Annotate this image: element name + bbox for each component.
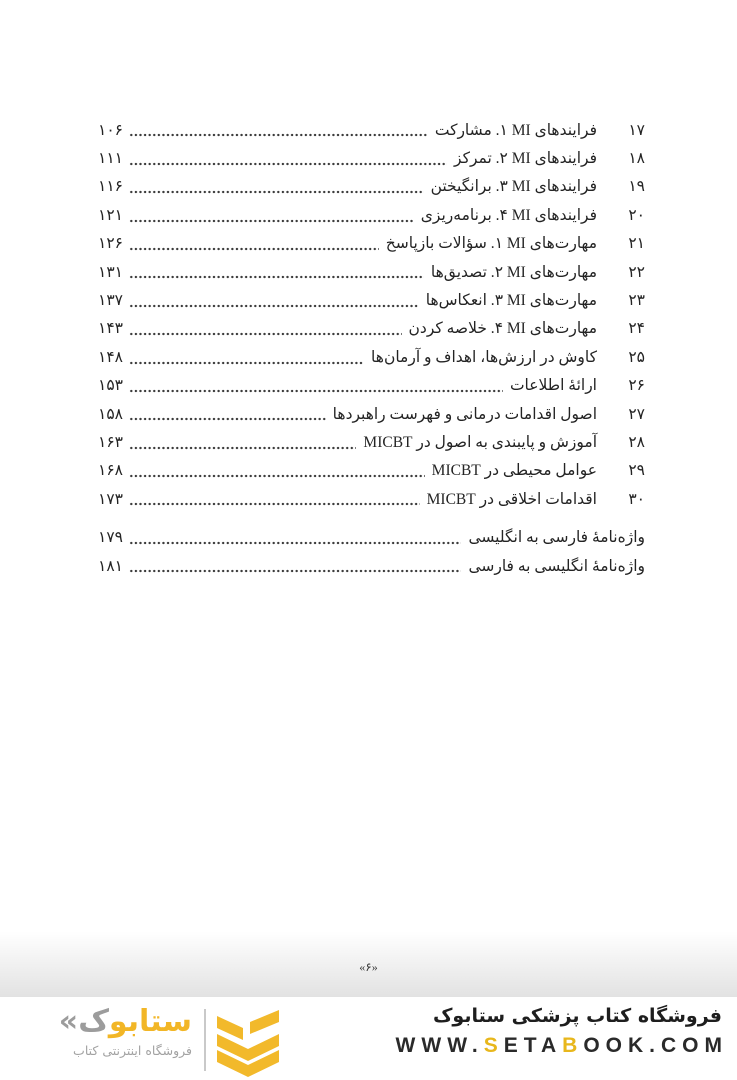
chapter-page-number: ۱۶۳ (98, 433, 126, 452)
glossary-title: واژه‌نامهٔ فارسی به انگلیسی (464, 528, 645, 547)
chapter-title: فرایندهای MI‏ ۴. برنامه‌ریزی (417, 206, 597, 225)
dotted-leader (129, 162, 447, 166)
toc-row: ۲۷اصول اقدامات درمانی و فهرست راهبردها۱۵… (98, 400, 645, 428)
chapter-title: مهارت‌های MI‏ ۳. انعکاس‌ها (422, 291, 597, 310)
chapter-title: مهارت‌های MI‏ ۲. تصدیق‌ها (427, 263, 597, 282)
chapter-page-number: ۱۲۶ (98, 234, 126, 253)
chapter-title: مهارت‌های MI‏ ۱. سؤالات بازپاسخ (382, 234, 597, 253)
footer-site-info: فروشگاه کتاب پزشکی ستابوک WWW.SETABOOK.C… (396, 1004, 722, 1058)
dotted-leader (129, 569, 461, 573)
logo-tagline: فروشگاه اینترنتی کتاب (30, 1043, 192, 1058)
toc-row: ۲۴مهارت‌های MI‏ ۴. خلاصه کردن۱۴۳ (98, 315, 645, 343)
dotted-leader (129, 446, 356, 450)
dotted-leader (129, 361, 364, 365)
chapter-number: ۲۰ (597, 206, 645, 225)
logo-text-block: ستابوک« فروشگاه اینترنتی کتاب (30, 1005, 192, 1058)
glossary-page-number: ۱۸۱ (98, 557, 126, 576)
url-letter-group: B (562, 1034, 583, 1057)
toc-row: ۲۱مهارت‌های MI‏ ۱. سؤالات بازپاسخ۱۲۶ (98, 230, 645, 258)
chapter-title: عوامل محیطی در MICBT (428, 461, 597, 480)
dotted-leader (129, 133, 428, 137)
chapter-page-number: ۱۷۳ (98, 490, 126, 509)
store-name: فروشگاه کتاب پزشکی ستابوک (396, 1004, 722, 1030)
chapter-number: ۲۹ (597, 461, 645, 480)
url-letter-group: OOK.COM (583, 1034, 728, 1057)
glossary-row: واژه‌نامهٔ فارسی به انگلیسی۱۷۹ (98, 523, 645, 551)
toc-row: ۲۳مهارت‌های MI‏ ۳. انعکاس‌ها۱۳۷ (98, 286, 645, 314)
guillemet-mark: « (59, 1004, 78, 1039)
chapter-number: ۲۶ (597, 376, 645, 395)
toc-row: ۱۸فرایندهای MI‏ ۲. تمرکز۱۱۱ (98, 144, 645, 172)
chapter-title: اصول اقدامات درمانی و فهرست راهبردها (329, 405, 597, 424)
chapter-page-number: ۱۱۶ (98, 177, 126, 196)
toc-row: ۱۷فرایندهای MI‏ ۱. مشارکت۱۰۶ (98, 116, 645, 144)
chapter-page-number: ۱۶۸ (98, 461, 126, 480)
chapter-title: مهارت‌های MI‏ ۴. خلاصه کردن (405, 319, 597, 338)
website-url[interactable]: WWW.SETABOOK.COM (396, 1034, 728, 1058)
chapter-title: اقدامات اخلاقی در MICBT (423, 490, 597, 509)
chapter-number: ۳۰ (597, 490, 645, 509)
toc-chapter-rows: ۱۷فرایندهای MI‏ ۱. مشارکت۱۰۶۱۸فرایندهای … (98, 116, 645, 513)
chapter-number: ۱۹ (597, 177, 645, 196)
logo-divider (204, 1009, 206, 1071)
chapter-page-number: ۱۳۷ (98, 291, 126, 310)
dotted-leader (129, 247, 379, 251)
dotted-leader (129, 417, 326, 421)
page-number-marker: «۶» (0, 960, 737, 975)
dotted-leader (129, 219, 414, 223)
chapter-page-number: ۱۵۸ (98, 405, 126, 424)
chapter-title: آموزش و پایبندی به اصول در MICBT (359, 433, 597, 452)
chapter-title: فرایندهای MI‏ ۳. برانگیختن (427, 177, 597, 196)
dotted-leader (129, 190, 424, 194)
toc-row: ۲۵کاوش در ارزش‌ها، اهداف و آرمان‌ها۱۴۸ (98, 343, 645, 371)
site-footer: ستابوک« فروشگاه اینترنتی کتاب فروشگاه کت… (0, 997, 737, 1080)
chapter-page-number: ۱۲۱ (98, 206, 126, 225)
chapter-number: ۲۴ (597, 319, 645, 338)
chapter-number: ۱۷ (597, 121, 645, 140)
toc-row: ۲۲مهارت‌های MI‏ ۲. تصدیق‌ها۱۳۱ (98, 258, 645, 286)
chapter-number: ۱۸ (597, 149, 645, 168)
toc-row: ۲۶ارائهٔ اطلاعات۱۵۳ (98, 372, 645, 400)
url-letter-group: ETA (504, 1034, 562, 1057)
chapter-number: ۲۳ (597, 291, 645, 310)
chapter-page-number: ۱۱۱ (98, 149, 126, 168)
chapter-title: فرایندهای MI‏ ۱. مشارکت (431, 121, 597, 140)
chapter-page-number: ۱۵۳ (98, 376, 126, 395)
glossary-row: واژه‌نامهٔ انگلیسی به فارسی۱۸۱ (98, 552, 645, 580)
toc-row: ۲۸آموزش و پایبندی به اصول در MICBT۱۶۳ (98, 428, 645, 456)
chapter-page-number: ۱۴۸ (98, 348, 126, 367)
chapter-title: ارائهٔ اطلاعات (506, 376, 597, 395)
toc-row: ۱۹فرایندهای MI‏ ۳. برانگیختن۱۱۶ (98, 173, 645, 201)
dotted-leader (129, 474, 425, 478)
chapter-number: ۲۵ (597, 348, 645, 367)
toc-row: ۲۹عوامل محیطی در MICBT۱۶۸ (98, 457, 645, 485)
chapter-number: ۲۱ (597, 234, 645, 253)
setabook-wordmark: ستابوک« (30, 1005, 192, 1040)
dotted-leader (129, 332, 402, 336)
chapter-title: فرایندهای MI‏ ۲. تمرکز (450, 149, 597, 168)
chapter-number: ۲۲ (597, 263, 645, 282)
chapter-page-number: ۱۳۱ (98, 263, 126, 282)
book-page-screenshot: ۱۷فرایندهای MI‏ ۱. مشارکت۱۰۶۱۸فرایندهای … (0, 0, 737, 1080)
setabook-logo[interactable]: ستابوک« فروشگاه اینترنتی کتاب (30, 1005, 279, 1078)
toc-row: ۲۰فرایندهای MI‏ ۴. برنامه‌ریزی۱۲۱ (98, 201, 645, 229)
toc-row: ۳۰اقدامات اخلاقی در MICBT۱۷۳ (98, 485, 645, 513)
wordmark-main: ستابو (109, 1004, 192, 1039)
url-letter-group: S (484, 1034, 504, 1057)
dotted-leader (129, 502, 420, 506)
toc-glossary-rows: واژه‌نامهٔ فارسی به انگلیسی۱۷۹واژه‌نامهٔ… (98, 523, 645, 580)
setabook-emblem-icon (217, 1006, 279, 1078)
dotted-leader (129, 304, 419, 308)
url-letter-group: WWW. (396, 1034, 484, 1057)
dotted-leader (129, 389, 503, 393)
table-of-contents: ۱۷فرایندهای MI‏ ۱. مشارکت۱۰۶۱۸فرایندهای … (98, 116, 645, 580)
dotted-leader (129, 275, 424, 279)
chapter-page-number: ۱۴۳ (98, 319, 126, 338)
wordmark-tail: ک (78, 1004, 109, 1039)
chapter-title: کاوش در ارزش‌ها، اهداف و آرمان‌ها (367, 348, 597, 367)
chapter-number: ۲۷ (597, 405, 645, 424)
chapter-number: ۲۸ (597, 433, 645, 452)
glossary-title: واژه‌نامهٔ انگلیسی به فارسی (464, 557, 645, 576)
glossary-page-number: ۱۷۹ (98, 528, 126, 547)
chapter-page-number: ۱۰۶ (98, 121, 126, 140)
dotted-leader (129, 541, 461, 545)
